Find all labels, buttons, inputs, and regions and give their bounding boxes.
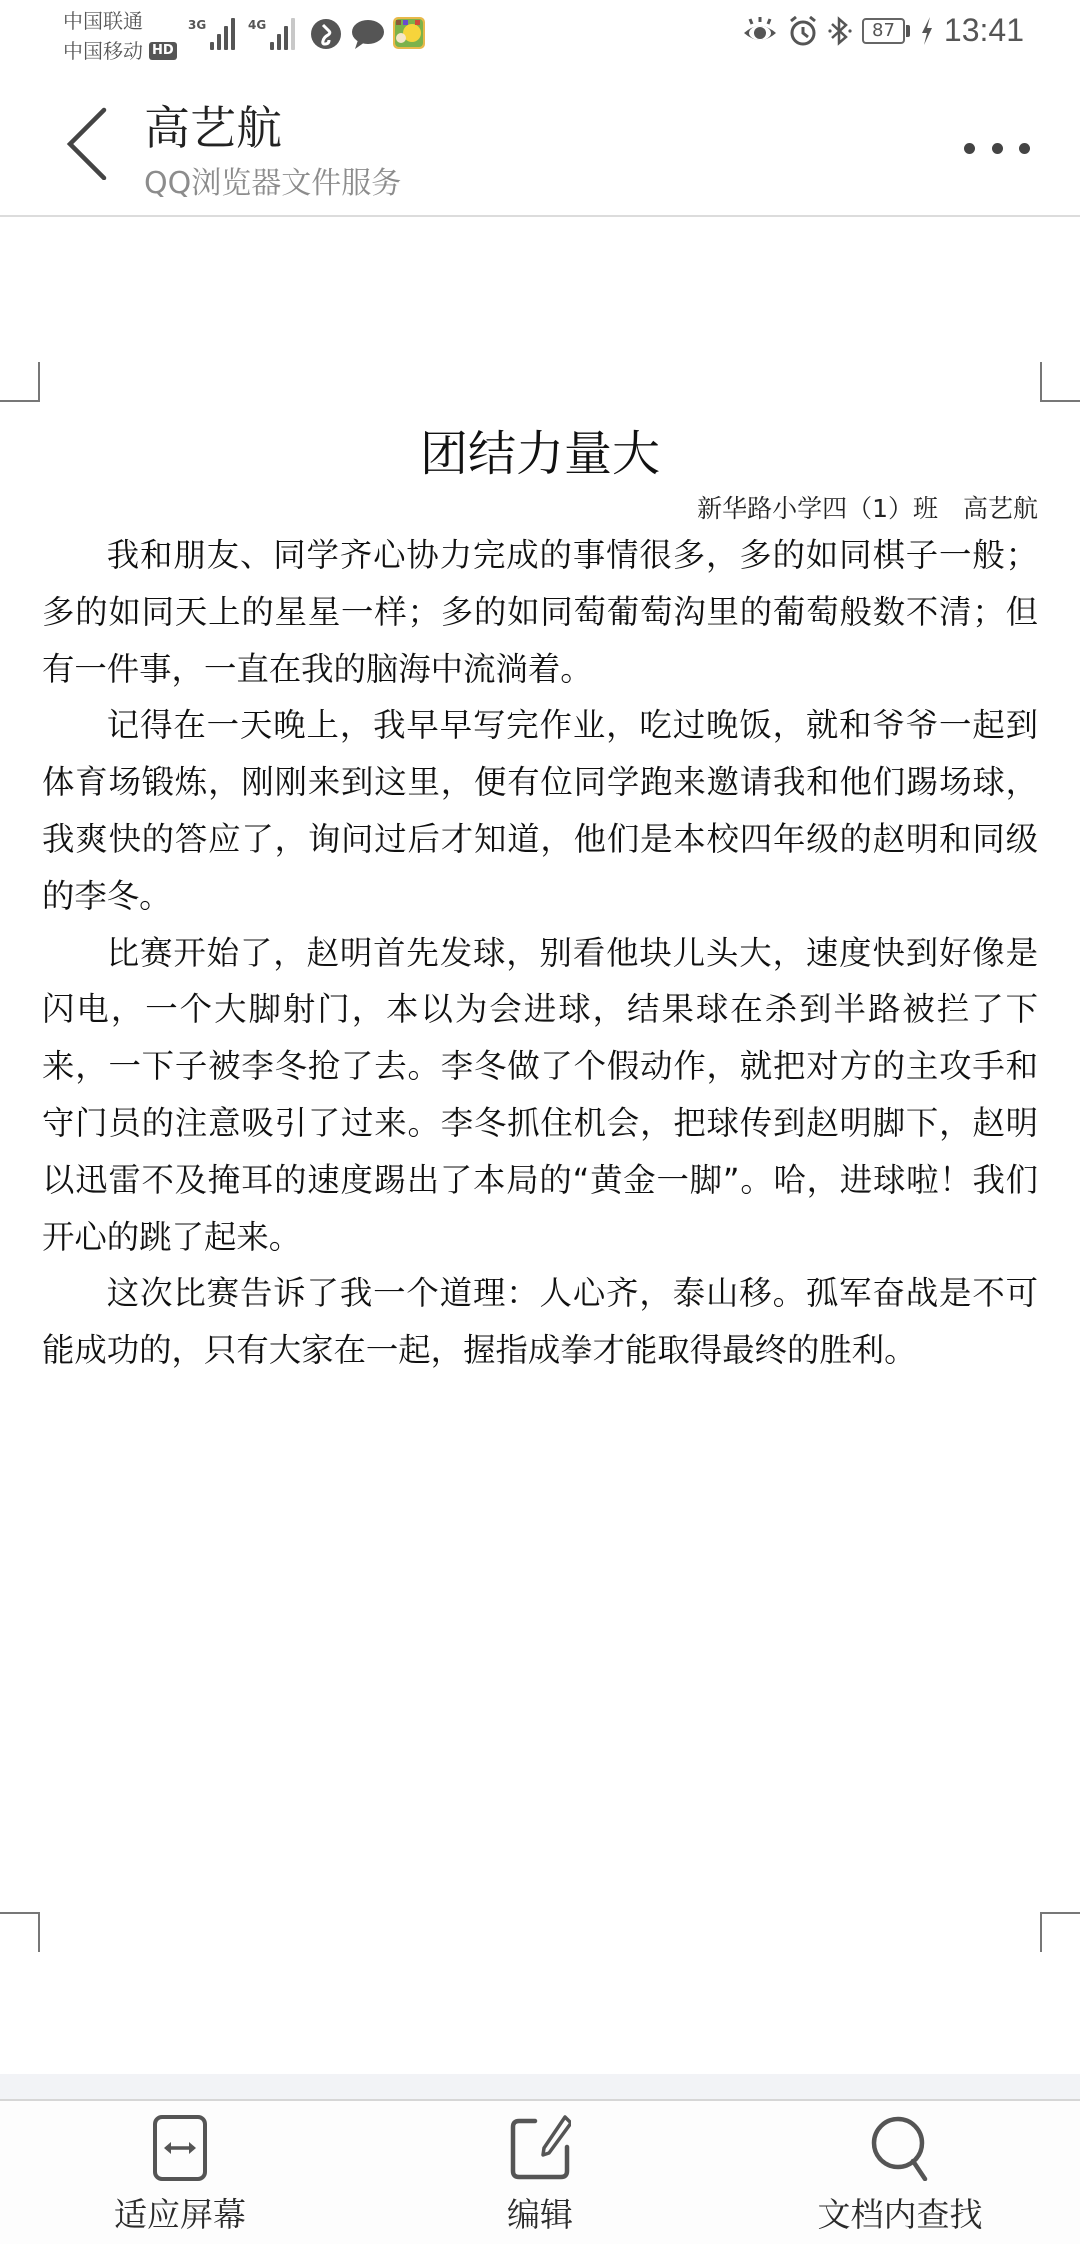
message-icon: [350, 18, 386, 50]
more-dot-icon: [992, 143, 1003, 154]
page-gap: [0, 2074, 1080, 2099]
page-margin-mark-bottom-left: [0, 1912, 40, 1952]
page-margin-mark-bottom-right: [1040, 1912, 1080, 1952]
battery-level: 87: [862, 18, 905, 44]
eye-comfort-icon: [742, 17, 778, 45]
fit-screen-icon: [152, 2115, 208, 2181]
more-dot-icon: [964, 143, 975, 154]
bottom-toolbar: 适应屏幕 编辑 文档内查找: [0, 2099, 1080, 2244]
status-bar: 中国联通 中国移动 HD 3G 4G: [0, 0, 1080, 78]
chevron-left-icon: [58, 100, 118, 180]
paragraph: 记得在一天晚上，我早早写完作业，吃过晚饭，就和爷爷一起到体育场锻炼，刚刚来到这里…: [42, 697, 1038, 924]
edit-label: 编辑: [507, 2189, 573, 2236]
page-margin-mark-top-left: [0, 362, 40, 402]
charging-icon: [920, 16, 934, 46]
page-margin-mark-top-right: [1040, 362, 1080, 402]
signal-3g-icon: 3G: [188, 18, 235, 50]
carrier-info: 中国联通 中国移动 HD: [63, 6, 177, 66]
clock: 13:41: [944, 12, 1024, 49]
paragraph: 比赛开始了，赵明首先发球，别看他块儿头大，速度快到好像是闪电，一个大脚射门，本以…: [42, 925, 1038, 1266]
bluetooth-icon: [828, 16, 852, 46]
paragraph: 我和朋友、同学齐心协力完成的事情很多，多的如同棋子一般；多的如同天上的星星一样；…: [42, 527, 1038, 697]
document-viewer[interactable]: 团结力量大 新华路小学四（1）班 高艺航 我和朋友、同学齐心协力完成的事情很多，…: [0, 219, 1080, 2074]
fit-screen-button[interactable]: 适应屏幕: [50, 2115, 310, 2240]
music-app-icon: [310, 18, 342, 50]
carrier-1-label: 中国联通: [63, 6, 143, 36]
signal-3g-label: 3G: [188, 18, 206, 32]
find-in-document-label: 文档内查找: [818, 2189, 983, 2236]
document-body: 我和朋友、同学齐心协力完成的事情很多，多的如同棋子一般；多的如同天上的星星一样；…: [42, 527, 1038, 1379]
hd-badge: HD: [149, 42, 177, 60]
more-options-button[interactable]: [964, 128, 1030, 168]
screen: 中国联通 中国移动 HD 3G 4G: [0, 0, 1080, 2244]
fit-screen-label: 适应屏幕: [114, 2189, 246, 2236]
signal-4g-label: 4G: [248, 18, 266, 32]
battery-indicator: 87: [862, 18, 910, 44]
page-title: 高艺航: [144, 92, 282, 158]
paragraph: 这次比赛告诉了我一个道理：人心齐，泰山移。孤军奋战是不可能成功的，只有大家在一起…: [42, 1265, 1038, 1379]
edit-button[interactable]: 编辑: [410, 2115, 670, 2240]
page-subtitle: QQ浏览器文件服务: [144, 158, 401, 202]
more-dot-icon: [1019, 143, 1030, 154]
title-bar: 高艺航 QQ浏览器文件服务: [0, 78, 1080, 217]
document-title: 团结力量大: [0, 415, 1080, 484]
search-icon: [869, 2115, 931, 2181]
signal-4g-icon: 4G: [248, 18, 295, 50]
back-button[interactable]: [58, 100, 118, 180]
battery-tip: [906, 25, 910, 37]
game-app-icon: [392, 16, 426, 50]
document-byline: 新华路小学四（1）班 高艺航: [697, 489, 1038, 525]
system-status: 87 13:41: [742, 12, 1024, 49]
find-in-document-button[interactable]: 文档内查找: [770, 2115, 1030, 2240]
carrier-2-label: 中国移动: [63, 36, 143, 66]
alarm-icon: [788, 16, 818, 46]
edit-icon: [509, 2115, 571, 2181]
